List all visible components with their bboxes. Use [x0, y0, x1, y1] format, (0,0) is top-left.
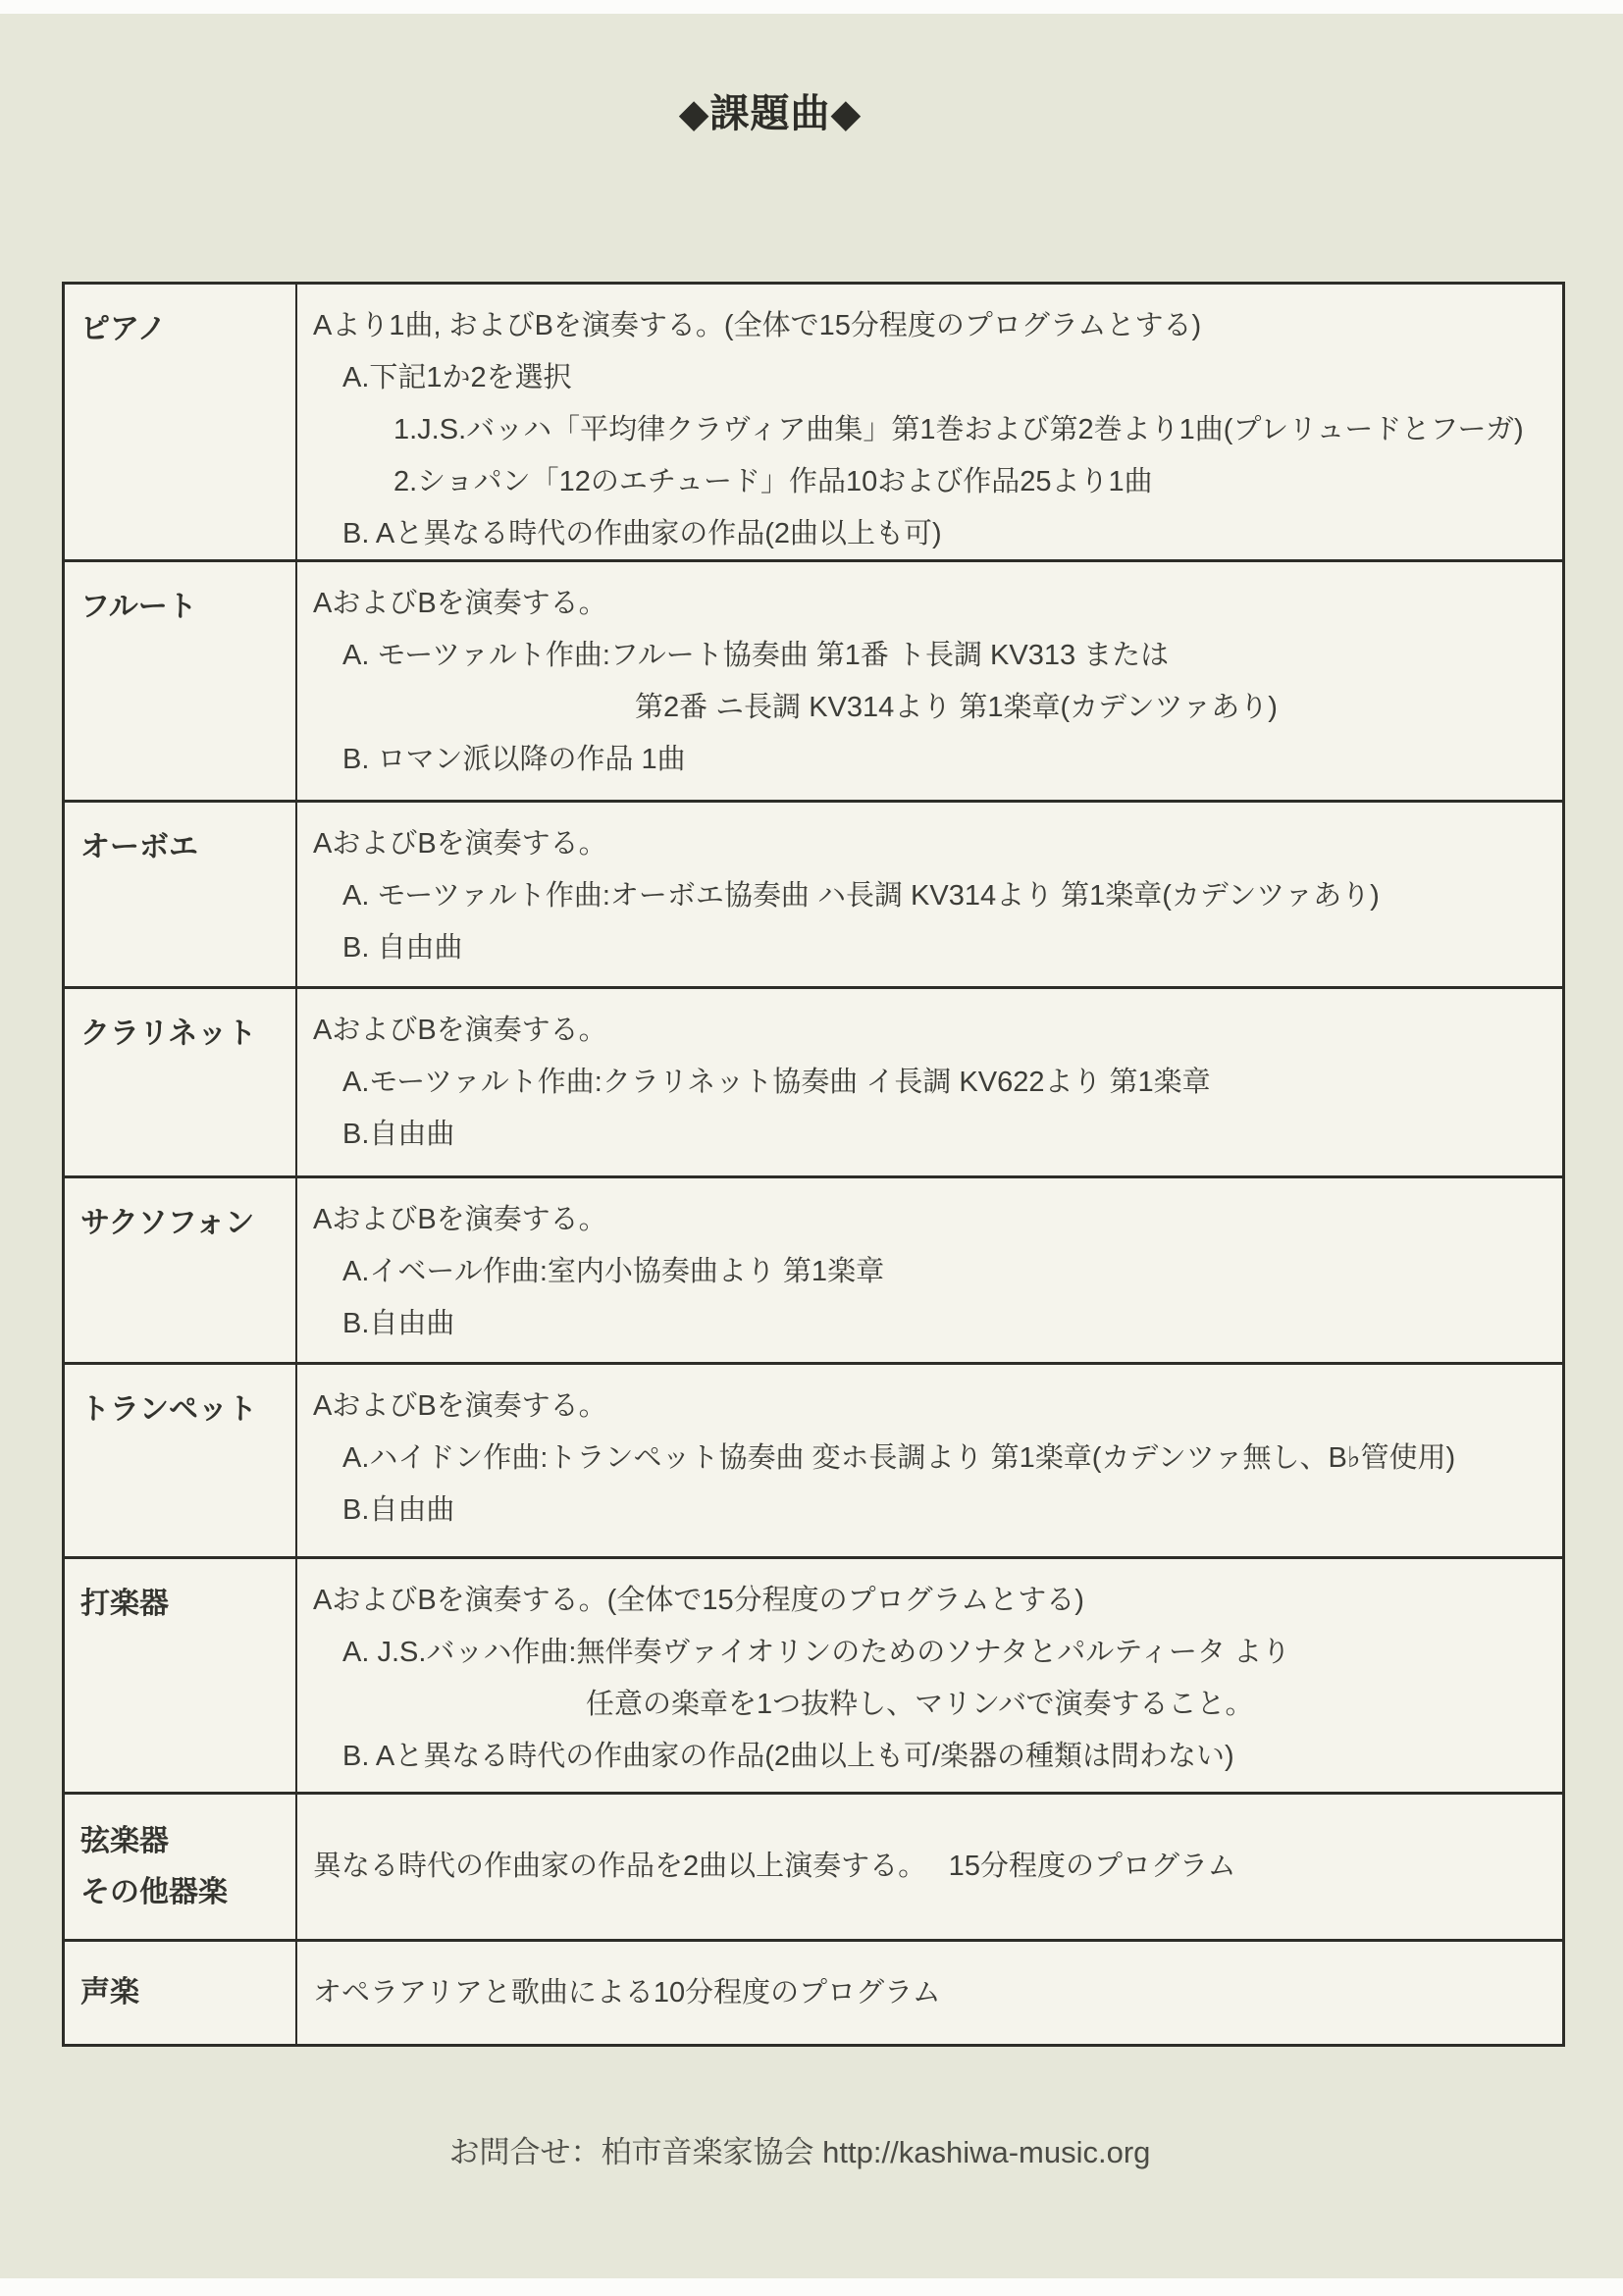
requirement-line: A.ハイドン作曲:トランペット協奏曲 変ホ長調より 第1楽章(カデンツァ無し、B…: [313, 1433, 1554, 1485]
requirement-cell: AおよびBを演奏する。(全体で15分程度のプログラムとする) A. J.S.バッ…: [297, 1559, 1562, 1792]
requirement-line: 1.J.S.バッハ「平均律クラヴィア曲集」第1巻および第2巻より1曲(プレリュー…: [313, 404, 1554, 456]
requirement-line: B.自由曲: [313, 1298, 1554, 1350]
requirement-cell: AおよびBを演奏する。 A. モーツァルト作曲:オーボエ協奏曲 ハ長調 KV31…: [297, 803, 1562, 986]
instrument-name: トランペット: [80, 1384, 288, 1435]
requirement-line: 第2番 ニ長調 KV314より 第1楽章(カデンツァあり): [313, 682, 1554, 734]
requirement-cell: Aより1曲, およびBを演奏する。(全体で15分程度のプログラムとする) A.下…: [297, 285, 1562, 559]
table-row-flute: フルート AおよびBを演奏する。 A. モーツァルト作曲:フルート協奏曲 第1番…: [65, 559, 1562, 800]
requirement-line: A.下記1か2を選択: [313, 352, 1554, 404]
document-title: ◆課題曲◆: [0, 82, 1541, 138]
table-row-trumpet: トランペット AおよびBを演奏する。 A.ハイドン作曲:トランペット協奏曲 変ホ…: [65, 1362, 1562, 1556]
instrument-label: フルート: [65, 562, 297, 800]
requirement-line: AおよびBを演奏する。: [313, 818, 1554, 870]
instrument-label: ピアノ: [65, 285, 297, 559]
requirement-line: AおよびBを演奏する。(全体で15分程度のプログラムとする): [313, 1575, 1554, 1627]
instrument-label: 弦楽器 その他器楽: [65, 1795, 297, 1939]
requirement-line: AおよびBを演奏する。: [313, 1194, 1554, 1246]
requirement-cell: AおよびBを演奏する。 A.イベール作曲:室内小協奏曲より 第1楽章 B.自由曲: [297, 1178, 1562, 1362]
requirement-cell: AおよびBを演奏する。 A.ハイドン作曲:トランペット協奏曲 変ホ長調より 第1…: [297, 1365, 1562, 1556]
instrument-label: トランペット: [65, 1365, 297, 1556]
footer-contact: お問合せ：柏市音楽家協会 http://kashiwa-music.org: [0, 2127, 1599, 2171]
requirement-line: B. Aと異なる時代の作曲家の作品(2曲以上も可/楽器の種類は問わない): [313, 1731, 1554, 1783]
table-row-piano: ピアノ Aより1曲, およびBを演奏する。(全体で15分程度のプログラムとする)…: [65, 285, 1562, 559]
requirement-line: B. ロマン派以降の作品 1曲: [313, 734, 1554, 786]
instrument-label: クラリネット: [65, 989, 297, 1175]
instrument-name-line2: その他器楽: [80, 1867, 288, 1918]
instrument-label: オーボエ: [65, 803, 297, 986]
requirement-line: B.自由曲: [313, 1109, 1554, 1161]
requirement-cell: オペラアリアと歌曲による10分程度のプログラム: [297, 1942, 1562, 2044]
instrument-name: ピアノ: [80, 304, 288, 355]
requirement-line: B.自由曲: [313, 1485, 1554, 1537]
requirement-line: オペラアリアと歌曲による10分程度のプログラム: [313, 1967, 1554, 2019]
instrument-name: 打楽器: [80, 1579, 288, 1630]
instrument-name: 声楽: [80, 1967, 288, 2018]
table-row-vocal: 声楽 オペラアリアと歌曲による10分程度のプログラム: [65, 1939, 1562, 2044]
requirement-cell: AおよびBを演奏する。 A.モーツァルト作曲:クラリネット協奏曲 イ長調 KV6…: [297, 989, 1562, 1175]
instrument-name: フルート: [80, 582, 288, 633]
requirement-line: A.イベール作曲:室内小協奏曲より 第1楽章: [313, 1246, 1554, 1298]
requirement-line: A. J.S.バッハ作曲:無伴奏ヴァイオリンのためのソナタとパルティータ より: [313, 1627, 1554, 1679]
instrument-label: 打楽器: [65, 1559, 297, 1792]
instrument-label: 声楽: [65, 1942, 297, 2044]
table-row-oboe: オーボエ AおよびBを演奏する。 A. モーツァルト作曲:オーボエ協奏曲 ハ長調…: [65, 800, 1562, 986]
requirement-line: A. モーツァルト作曲:オーボエ協奏曲 ハ長調 KV314より 第1楽章(カデン…: [313, 870, 1554, 922]
requirement-line: 2.ショパン「12のエチュード」作品10および作品25より1曲: [313, 456, 1554, 508]
requirement-line: A.モーツァルト作曲:クラリネット協奏曲 イ長調 KV622より 第1楽章: [313, 1057, 1554, 1109]
instrument-name: 弦楽器: [80, 1816, 288, 1867]
requirement-line: AおよびBを演奏する。: [313, 1005, 1554, 1057]
requirement-line: B. Aと異なる時代の作曲家の作品(2曲以上も可): [313, 508, 1554, 560]
table-row-clarinet: クラリネット AおよびBを演奏する。 A.モーツァルト作曲:クラリネット協奏曲 …: [65, 986, 1562, 1175]
requirement-line: B. 自由曲: [313, 922, 1554, 974]
requirement-line: AおよびBを演奏する。: [313, 1381, 1554, 1433]
requirement-cell: 異なる時代の作曲家の作品を2曲以上演奏する。 15分程度のプログラム: [297, 1795, 1562, 1939]
requirement-line: A. モーツァルト作曲:フルート協奏曲 第1番 ト長調 KV313 または: [313, 630, 1554, 682]
table-row-percussion: 打楽器 AおよびBを演奏する。(全体で15分程度のプログラムとする) A. J.…: [65, 1556, 1562, 1792]
requirements-table: ピアノ Aより1曲, およびBを演奏する。(全体で15分程度のプログラムとする)…: [62, 282, 1565, 2047]
instrument-label: サクソフォン: [65, 1178, 297, 1362]
instrument-name: サクソフォン: [80, 1198, 288, 1249]
requirement-line: Aより1曲, およびBを演奏する。(全体で15分程度のプログラムとする): [313, 300, 1554, 352]
table-row-strings-other: 弦楽器 その他器楽 異なる時代の作曲家の作品を2曲以上演奏する。 15分程度のプ…: [65, 1792, 1562, 1939]
instrument-name: クラリネット: [80, 1009, 288, 1060]
requirement-line: 異なる時代の作曲家の作品を2曲以上演奏する。 15分程度のプログラム: [313, 1841, 1554, 1893]
instrument-name: オーボエ: [80, 822, 288, 873]
requirement-line: 任意の楽章を1つ抜粋し、マリンバで演奏すること。: [313, 1679, 1554, 1731]
requirement-line: AおよびBを演奏する。: [313, 578, 1554, 630]
table-row-saxophone: サクソフォン AおよびBを演奏する。 A.イベール作曲:室内小協奏曲より 第1楽…: [65, 1175, 1562, 1362]
requirement-cell: AおよびBを演奏する。 A. モーツァルト作曲:フルート協奏曲 第1番 ト長調 …: [297, 562, 1562, 800]
